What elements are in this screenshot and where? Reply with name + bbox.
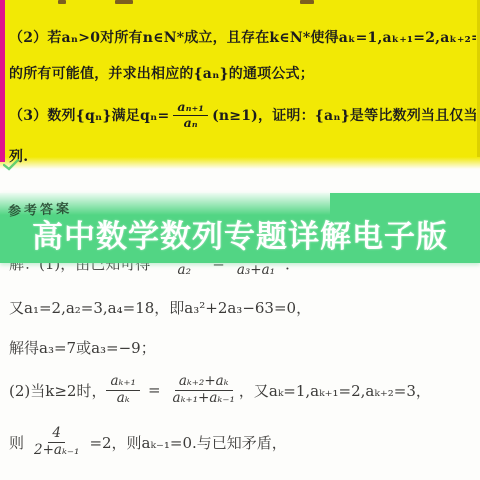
- problem-line-3-suffix: (n≥1)，证明：{aₙ}是等比数列当且仅当{qₙ}是等差数: [212, 105, 476, 125]
- magenta-margin-strip: [0, 0, 5, 162]
- banner-title: 高中数学数列专题详解电子版: [0, 211, 480, 256]
- solution-line-5: 则 4 2+aₖ₋₁ =2，则aₖ₋₁=0.与已知矛盾，: [9, 423, 287, 461]
- fraction: aₖ₊₁ aₖ: [106, 374, 140, 406]
- fraction-numerator: 4: [48, 426, 65, 443]
- problem-line-3: （3）数列{qₙ}满足qₙ= aₙ₊₁ aₙ (n≥1)，证明：{aₙ}是等比数…: [9, 94, 476, 136]
- pen-check-icon: [3, 158, 20, 171]
- scan-artifact: [300, 0, 314, 4]
- solution-line-4-prefix: (2)当k≥2时，: [9, 380, 106, 401]
- fraction: aₙ₊₁ aₙ: [173, 100, 208, 130]
- problem-line-2: 的所有可能值，并求出相应的{aₙ}的通项公式；: [9, 63, 476, 83]
- fraction-numerator: aₖ₊₁: [106, 374, 140, 391]
- solution-line-3: 解得a₃=7或a₃=−9；: [9, 337, 156, 358]
- problem-line-3-prefix: （3）数列{qₙ}满足qₙ=: [9, 105, 169, 125]
- fraction: aₖ₊₂+aₖ aₖ₊₁+aₖ₋₁: [169, 374, 239, 406]
- fraction-denominator: a₂: [174, 263, 195, 279]
- solution-line-5-suffix: =2，则aₖ₋₁=0.与已知矛盾，: [89, 432, 286, 453]
- equals-sign: =: [148, 381, 161, 399]
- solution-line-5-prefix: 则: [9, 432, 24, 453]
- promo-banner: 高中数学数列专题详解电子版: [0, 193, 480, 263]
- scanned-document-page: （2）若aₙ>0对所有n∈N*成立，且存在k∈N*使得aₖ=1,aₖ₊₁=2,a…: [0, 0, 480, 480]
- problem-line-4: 列.: [9, 146, 476, 166]
- fraction-denominator: aₙ: [180, 116, 202, 130]
- scan-artifact: [115, 0, 133, 4]
- handwritten-note: 参考答案: [8, 198, 73, 220]
- solution-line-4-suffix: ，又aₖ=1,aₖ₊₁=2,aₖ₊₂=3，: [239, 380, 431, 401]
- fraction-denominator: aₖ: [113, 391, 134, 407]
- fraction-denominator: 2+aₖ₋₁: [30, 443, 83, 459]
- fraction-denominator: aₖ₊₁+aₖ₋₁: [169, 391, 239, 407]
- fraction-denominator: a₃+a₁: [233, 263, 279, 279]
- solution-line-4: (2)当k≥2时， aₖ₊₁ aₖ = aₖ₊₂+aₖ aₖ₊₁+aₖ₋₁ ，又…: [9, 368, 431, 412]
- fraction-numerator: aₙ₊₁: [173, 100, 208, 115]
- solution-line-2: 又a₁=2,a₂=3,a₄=18，即a₃²+2a₃−63=0，: [9, 297, 311, 318]
- fraction: 4 2+aₖ₋₁: [30, 426, 83, 458]
- problem-line-1: （2）若aₙ>0对所有n∈N*成立，且存在k∈N*使得aₖ=1,aₖ₊₁=2,a…: [9, 27, 476, 47]
- problem-highlight-block: （2）若aₙ>0对所有n∈N*成立，且存在k∈N*使得aₖ=1,aₖ₊₁=2,a…: [0, 0, 480, 170]
- scan-artifact: [58, 0, 66, 4]
- fraction-numerator: aₖ₊₂+aₖ: [175, 374, 233, 391]
